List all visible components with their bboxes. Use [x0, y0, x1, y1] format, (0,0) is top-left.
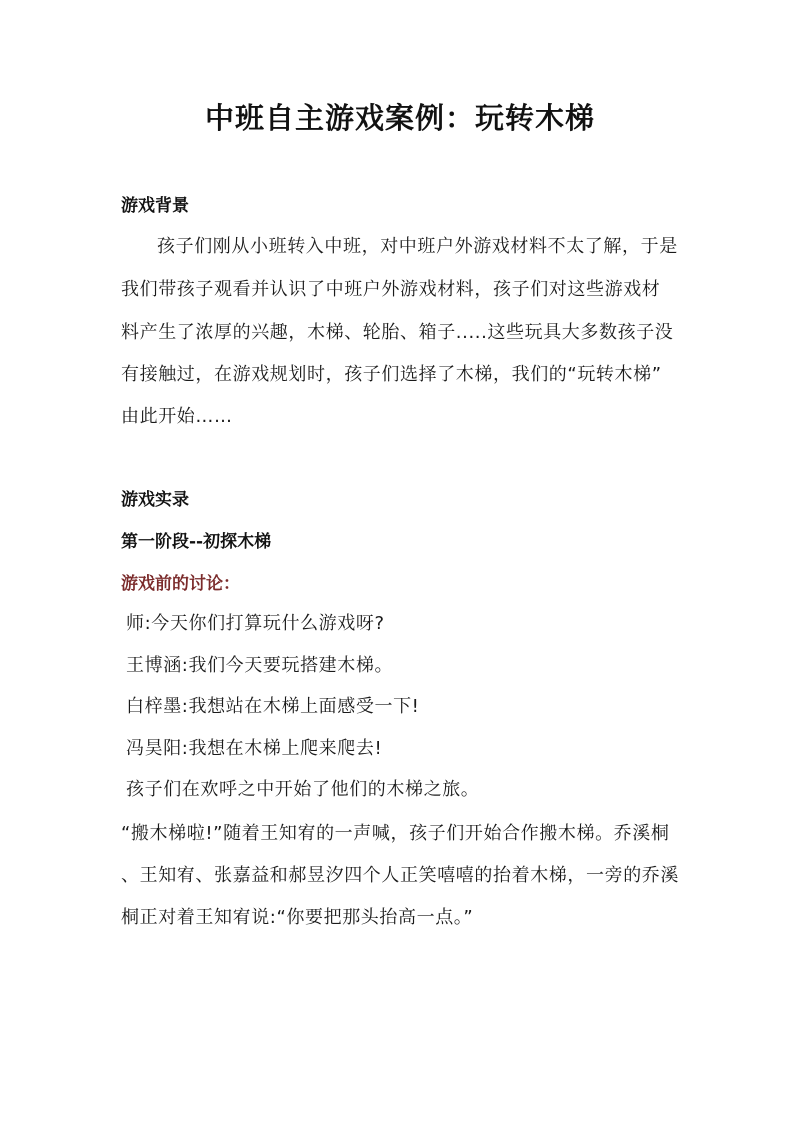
narrative-line: “搬木梯啦!”随着王知宥的一声喊，孩子们开始合作搬木梯。乔溪桐	[121, 819, 669, 845]
narrative-line: 、王知宥、张嘉益和郝昱汐四个人正笑嘻嘻的抬着木梯，一旁的乔溪	[121, 861, 679, 887]
section-heading-record: 游戏实录	[121, 485, 189, 510]
stage-heading: 第一阶段--初探木梯	[121, 527, 271, 552]
paragraph-line: 由此开始……	[121, 402, 233, 428]
paragraph-line: 有接触过，在游戏规划时，孩子们选择了木梯，我们的“玩转木梯”	[121, 360, 662, 386]
paragraph-line: 我们带孩子观看并认识了中班户外游戏材料，孩子们对这些游戏材	[121, 275, 660, 301]
section-heading-background: 游戏背景	[121, 191, 189, 216]
discussion-heading: 游戏前的讨论：	[121, 569, 240, 594]
paragraph-line: 孩子们刚从小班转入中班，对中班户外游戏材料不太了解，于是	[157, 232, 678, 258]
dialogue-line: 白梓墨:我想站在木梯上面感受一下!	[126, 692, 419, 718]
narrative-line: 桐正对着王知宥说:“你要把那头抬高一点。”	[121, 903, 473, 929]
document-title: 中班自主游戏案例：玩转木梯	[0, 96, 800, 137]
dialogue-line: 王博涵:我们今天要玩搭建木梯。	[126, 651, 393, 677]
paragraph-line: 料产生了浓厚的兴趣，木梯、轮胎、箱子.....这些玩具大多数孩子没	[121, 318, 673, 344]
dialogue-line: 孩子们在欢呼之中开始了他们的木梯之旅。	[126, 775, 479, 801]
document-page: 中班自主游戏案例：玩转木梯 游戏背景 孩子们刚从小班转入中班，对中班户外游戏材料…	[0, 0, 800, 1131]
dialogue-line: 师:今天你们打算玩什么游戏呀?	[126, 609, 385, 635]
dialogue-line: 冯昊阳:我想在木梯上爬来爬去!	[126, 734, 382, 760]
